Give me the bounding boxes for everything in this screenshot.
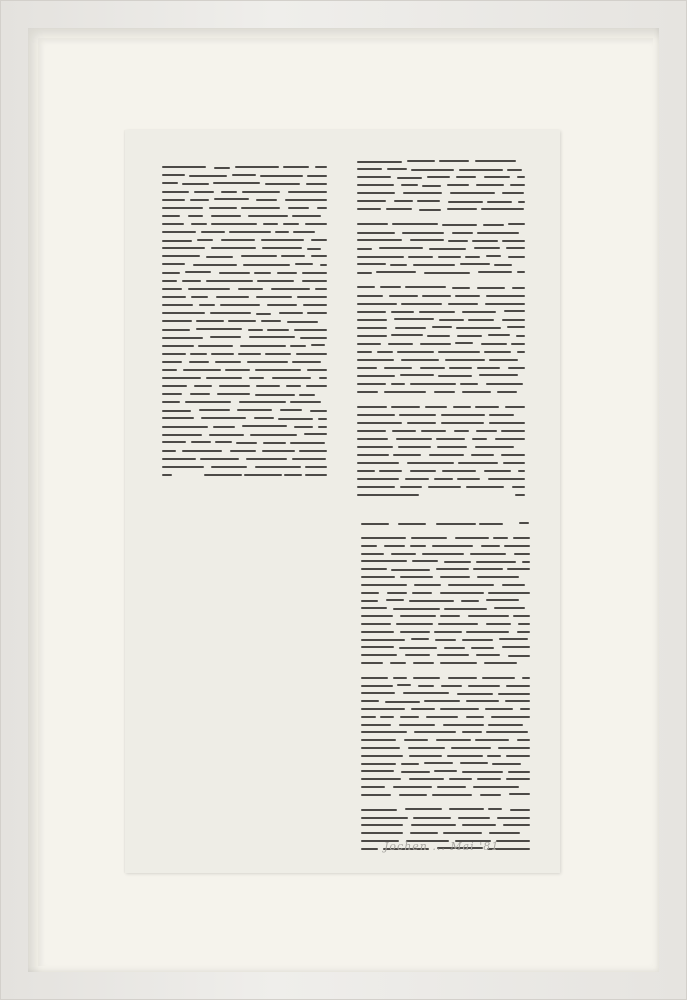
ink-stroke (357, 383, 386, 385)
handwritten-line (361, 692, 530, 694)
handwritten-line (357, 184, 525, 186)
handwritten-line (361, 552, 530, 554)
ink-stroke (317, 207, 327, 209)
ink-stroke (300, 337, 327, 339)
ink-stroke (504, 545, 530, 547)
ink-stroke (514, 553, 530, 555)
ink-stroke (296, 353, 327, 355)
ink-stroke (487, 755, 501, 757)
ink-stroke (397, 177, 422, 179)
ink-stroke (432, 545, 473, 547)
ink-stroke (361, 568, 387, 570)
ink-stroke (190, 353, 207, 355)
handwritten-line (361, 545, 530, 547)
ink-stroke (210, 336, 241, 338)
ink-stroke (484, 662, 517, 664)
ink-stroke (486, 255, 501, 257)
handwritten-line (357, 470, 525, 472)
ink-stroke (361, 553, 384, 555)
ink-stroke (361, 747, 400, 749)
ink-stroke (492, 763, 521, 765)
handwritten-line (357, 494, 525, 496)
ink-stroke (232, 174, 256, 176)
ink-stroke (513, 615, 530, 617)
ink-stroke (277, 272, 297, 274)
ink-stroke (162, 166, 206, 168)
ink-stroke (250, 434, 297, 436)
ink-stroke (442, 470, 476, 472)
ink-stroke (239, 401, 286, 403)
ink-stroke (390, 264, 407, 266)
ink-stroke (361, 560, 407, 562)
ink-stroke (206, 256, 233, 258)
ink-stroke (361, 809, 397, 811)
ink-stroke (481, 343, 507, 345)
ink-stroke (256, 199, 277, 201)
ink-stroke (357, 422, 402, 424)
ink-stroke (357, 406, 387, 408)
ink-stroke (241, 207, 280, 209)
ink-stroke (443, 832, 482, 834)
ink-stroke (425, 406, 447, 408)
ink-stroke (307, 369, 327, 371)
ink-stroke (357, 391, 378, 393)
ink-stroke (496, 840, 530, 842)
ink-stroke (162, 458, 196, 460)
ink-stroke (479, 523, 503, 525)
ink-stroke (474, 247, 500, 249)
handwritten-line (162, 328, 327, 330)
ink-stroke (198, 345, 233, 347)
ink-stroke (288, 207, 309, 209)
ink-stroke (265, 353, 291, 355)
ink-stroke (518, 623, 530, 625)
ink-stroke (512, 486, 525, 488)
ink-stroke (472, 240, 498, 242)
ink-stroke (162, 199, 185, 201)
handwritten-line (361, 723, 530, 725)
ink-stroke (265, 183, 300, 185)
ink-stroke (484, 176, 510, 178)
ink-stroke (465, 256, 480, 258)
ink-stroke (290, 401, 321, 403)
ink-stroke (468, 319, 494, 321)
ink-stroke (228, 320, 256, 322)
ink-stroke (487, 201, 512, 203)
ink-stroke (476, 561, 516, 563)
ink-stroke (428, 486, 461, 488)
ink-stroke (211, 353, 234, 355)
ink-stroke (480, 794, 501, 796)
handwritten-line (361, 832, 530, 834)
ink-stroke (444, 608, 487, 610)
ink-stroke (230, 450, 256, 452)
ink-stroke (357, 272, 372, 274)
ink-stroke (260, 175, 303, 177)
ink-stroke (361, 677, 388, 679)
handwritten-line (357, 486, 525, 488)
ink-stroke (318, 418, 327, 420)
ink-stroke (429, 248, 466, 250)
ink-stroke (483, 224, 504, 226)
handwritten-line (162, 263, 327, 265)
handwritten-line (162, 360, 327, 362)
ink-stroke (211, 466, 247, 468)
ink-stroke (440, 708, 479, 710)
ink-stroke (162, 329, 190, 331)
handwritten-line (162, 401, 327, 403)
ink-stroke (400, 576, 433, 578)
ink-stroke (357, 446, 393, 448)
ink-stroke (441, 422, 484, 424)
handwritten-line (357, 342, 525, 344)
ink-stroke (200, 458, 239, 460)
ink-stroke (357, 494, 419, 496)
ink-stroke (405, 808, 442, 810)
ink-stroke (162, 263, 185, 265)
ink-stroke (357, 335, 387, 337)
handwritten-line (357, 200, 525, 202)
ink-stroke (397, 351, 434, 353)
ink-stroke (473, 568, 503, 570)
ink-stroke (396, 623, 433, 625)
handwritten-line (357, 374, 525, 376)
ink-stroke (447, 184, 469, 186)
ink-stroke (162, 191, 189, 193)
ink-stroke (412, 592, 432, 594)
ink-stroke (281, 255, 305, 257)
handwritten-line (361, 576, 530, 578)
handwritten-line (357, 168, 525, 170)
ink-stroke (448, 584, 494, 586)
ink-stroke (182, 450, 222, 452)
ink-stroke (434, 391, 455, 393)
ink-stroke (361, 770, 394, 772)
handwritten-line (162, 466, 327, 468)
ink-stroke (376, 271, 416, 273)
ink-stroke (432, 326, 452, 328)
ink-stroke (256, 313, 271, 315)
ink-stroke (506, 247, 525, 249)
ink-stroke (448, 240, 468, 242)
ink-stroke (494, 607, 525, 609)
handwritten-line (357, 406, 525, 408)
ink-stroke (398, 523, 426, 525)
ink-stroke (213, 182, 260, 184)
ink-stroke (504, 310, 525, 312)
ink-stroke (413, 264, 455, 266)
handwritten-line (357, 263, 525, 265)
ink-stroke (486, 383, 523, 385)
ink-stroke (503, 824, 530, 826)
ink-stroke (211, 215, 241, 217)
ink-stroke (438, 351, 480, 353)
ink-stroke (275, 231, 289, 233)
ink-stroke (424, 762, 453, 764)
ink-stroke (361, 631, 394, 633)
ink-stroke (498, 693, 530, 695)
handwritten-line (361, 646, 530, 648)
ink-stroke (255, 394, 295, 396)
ink-stroke (162, 320, 192, 322)
ink-stroke (419, 209, 441, 211)
ink-stroke (477, 576, 519, 578)
handwritten-line (357, 255, 525, 257)
ink-stroke (413, 662, 434, 664)
ink-stroke (357, 303, 397, 305)
ink-stroke (189, 175, 227, 177)
ink-stroke (418, 685, 434, 687)
ink-stroke (410, 470, 436, 472)
ink-stroke (408, 256, 433, 258)
ink-stroke (501, 430, 525, 432)
ink-stroke (284, 474, 302, 476)
ink-stroke (237, 409, 272, 411)
handwritten-line (162, 369, 327, 371)
ink-stroke (263, 223, 278, 225)
ink-stroke (475, 739, 509, 741)
ink-stroke (194, 191, 214, 193)
ink-stroke (185, 271, 211, 273)
ink-stroke (457, 335, 482, 337)
ink-stroke (434, 478, 453, 480)
ink-stroke (162, 353, 186, 355)
ink-stroke (462, 391, 491, 393)
handwritten-line (357, 239, 525, 241)
ink-stroke (380, 286, 401, 288)
ink-stroke (388, 343, 413, 345)
ink-stroke (421, 430, 446, 432)
ink-stroke (361, 817, 408, 819)
handwritten-line (361, 754, 530, 756)
ink-stroke (377, 351, 393, 353)
ink-stroke (357, 414, 395, 416)
ink-stroke (476, 654, 500, 656)
ink-stroke (247, 361, 288, 363)
ink-stroke (410, 545, 426, 547)
ink-stroke (419, 311, 455, 313)
ink-stroke (473, 786, 519, 788)
ink-stroke (508, 223, 525, 225)
ink-stroke (456, 327, 501, 329)
ink-stroke (479, 374, 518, 376)
ink-stroke (402, 232, 444, 234)
handwritten-line (361, 739, 530, 741)
ink-stroke (438, 375, 472, 377)
ink-stroke (517, 271, 525, 273)
ink-stroke (246, 458, 287, 460)
handwritten-line (361, 762, 530, 764)
ink-stroke (182, 183, 209, 185)
ink-stroke (262, 450, 295, 452)
ink-stroke (471, 647, 494, 649)
ink-stroke (305, 466, 327, 468)
ink-stroke (238, 288, 263, 290)
ink-stroke (225, 369, 250, 371)
handwritten-line (162, 352, 327, 354)
handwritten-line (162, 409, 327, 411)
ink-stroke (476, 184, 504, 186)
ink-stroke (215, 361, 241, 363)
ink-stroke (302, 272, 327, 274)
ink-stroke (503, 462, 525, 464)
ink-stroke (409, 778, 444, 780)
ink-stroke (466, 700, 499, 702)
ink-stroke (511, 343, 525, 345)
handwritten-line (361, 607, 530, 609)
handwritten-line (357, 462, 525, 464)
ink-stroke (508, 367, 525, 369)
ink-stroke (510, 184, 525, 186)
handwritten-line (361, 715, 530, 717)
ink-stroke (420, 367, 445, 369)
ink-stroke (411, 708, 435, 710)
handwritten-line (162, 296, 327, 298)
ink-stroke (434, 631, 462, 633)
ink-stroke (257, 280, 294, 282)
ink-stroke (361, 731, 407, 733)
ink-stroke (449, 778, 472, 780)
handwritten-line (162, 385, 327, 387)
ink-stroke (429, 454, 464, 456)
ink-stroke (405, 286, 446, 288)
ink-stroke (304, 433, 327, 435)
handwritten-line (162, 474, 327, 476)
ink-stroke (437, 786, 466, 788)
ink-stroke (162, 240, 192, 242)
ink-stroke (422, 553, 464, 555)
ink-stroke (451, 747, 491, 749)
ink-stroke (219, 272, 250, 274)
ink-stroke (459, 169, 503, 171)
ink-stroke (240, 345, 286, 347)
ink-stroke (426, 716, 458, 718)
ink-stroke (379, 470, 402, 472)
ink-stroke (210, 312, 251, 314)
ink-stroke (299, 450, 327, 452)
ink-stroke (236, 442, 257, 444)
handwritten-line (357, 430, 525, 432)
handwritten-line (361, 793, 530, 795)
ink-stroke (290, 345, 306, 347)
handwritten-line (357, 294, 525, 296)
handwritten-line (162, 271, 327, 273)
ink-stroke (410, 832, 438, 834)
ink-stroke (357, 263, 386, 265)
ink-stroke (361, 848, 378, 850)
handwritten-line (361, 522, 530, 524)
ink-stroke (391, 311, 414, 313)
ink-stroke (434, 770, 457, 772)
handwritten-line (162, 336, 327, 338)
handwritten-line (162, 304, 327, 306)
handwritten-line (361, 747, 530, 749)
handwritten-line (162, 312, 327, 314)
ink-stroke (249, 336, 295, 338)
ink-stroke (401, 771, 430, 773)
ink-stroke (422, 295, 451, 297)
ink-stroke (391, 569, 430, 571)
ink-stroke (489, 359, 518, 361)
ink-stroke (399, 724, 435, 726)
ink-stroke (447, 755, 483, 757)
ink-stroke (204, 474, 242, 476)
ink-stroke (357, 311, 386, 313)
ink-stroke (188, 288, 230, 290)
ink-stroke (255, 369, 301, 371)
ink-stroke (424, 700, 460, 702)
ink-stroke (216, 296, 249, 298)
ink-stroke (394, 318, 434, 320)
ink-stroke (254, 272, 271, 274)
ink-stroke (303, 304, 327, 306)
handwritten-line (357, 422, 525, 424)
ink-stroke (391, 334, 423, 336)
handwritten-line (162, 174, 327, 176)
ink-stroke (481, 208, 524, 210)
ink-stroke (361, 794, 391, 796)
handwritten-line (357, 350, 525, 352)
ink-stroke (407, 462, 454, 464)
handwritten-line (162, 425, 327, 427)
ink-stroke (392, 223, 438, 225)
ink-stroke (486, 623, 511, 625)
ink-stroke (292, 458, 326, 460)
handwritten-line (361, 662, 530, 664)
artist-signature: Jochen ... Mai '81 (384, 840, 499, 853)
ink-stroke (197, 239, 213, 241)
ink-stroke (162, 417, 194, 419)
ink-stroke (387, 592, 407, 594)
ink-stroke (516, 335, 525, 337)
handwritten-line (357, 160, 525, 162)
ink-stroke (410, 383, 456, 385)
ink-stroke (361, 778, 401, 780)
handwritten-line (361, 599, 530, 601)
ink-stroke (427, 335, 450, 337)
ink-stroke (448, 201, 483, 203)
ink-stroke (519, 522, 529, 524)
handwritten-line (162, 417, 327, 419)
ink-stroke (393, 454, 421, 456)
ink-stroke (409, 755, 442, 757)
handwritten-line (361, 615, 530, 617)
ink-stroke (261, 320, 281, 322)
ink-stroke (295, 263, 313, 265)
ink-stroke (162, 441, 186, 443)
ink-stroke (361, 584, 407, 586)
ink-stroke (357, 239, 402, 241)
ink-stroke (305, 223, 327, 225)
ink-stroke (438, 623, 478, 625)
ink-stroke (306, 385, 327, 387)
ink-stroke (502, 646, 530, 648)
ink-stroke (452, 232, 473, 234)
ink-stroke (357, 438, 388, 440)
ink-stroke (461, 600, 479, 602)
ink-stroke (460, 383, 478, 385)
handwritten-line (361, 816, 530, 818)
handwritten-line (162, 433, 327, 435)
handwritten-line (357, 271, 525, 273)
ink-stroke (357, 192, 395, 194)
ink-stroke (439, 319, 464, 321)
ink-stroke (396, 438, 432, 440)
ink-stroke (357, 200, 386, 202)
ink-stroke (162, 434, 202, 436)
ink-stroke (400, 716, 419, 718)
ink-stroke (499, 638, 528, 640)
